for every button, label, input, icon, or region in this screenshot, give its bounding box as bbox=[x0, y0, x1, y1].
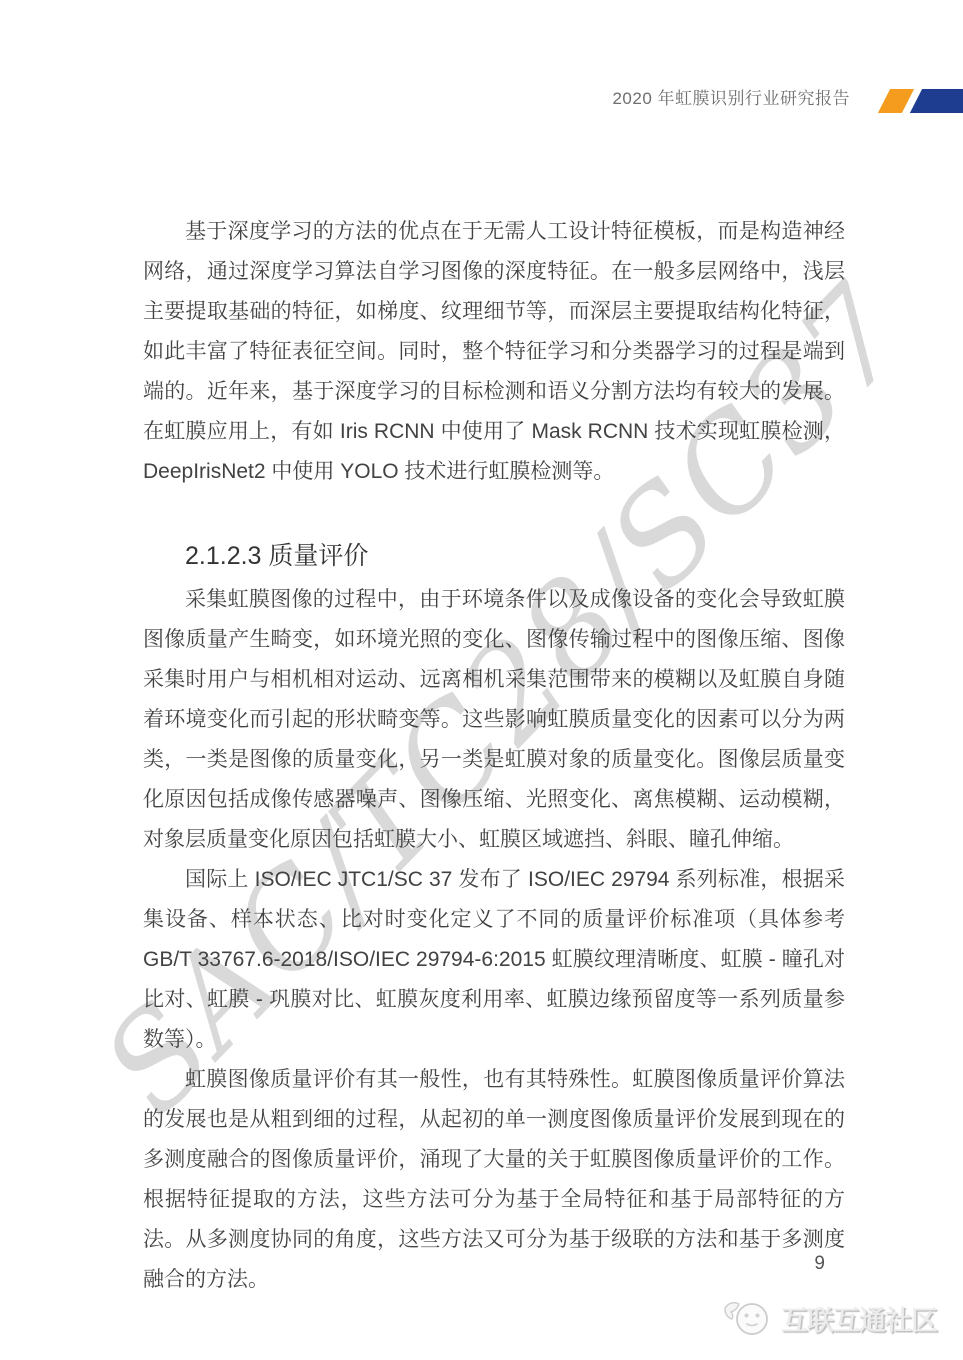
smiley-face-icon bbox=[721, 1294, 773, 1343]
section-heading-quality-evaluation: 2.1.2.3 质量评价 bbox=[143, 536, 845, 576]
document-body: 基于深度学习的方法的优点在于无需人工设计特征模板，而是构造神经网络，通过深度学习… bbox=[143, 212, 845, 1300]
report-title-header: 2020 年虹膜识别行业研究报告 bbox=[612, 84, 850, 109]
paragraph-iso-standards: 国际上 ISO/IEC JTC1/SC 37 发布了 ISO/IEC 29794… bbox=[143, 860, 845, 1060]
logo-blue-shape bbox=[910, 89, 963, 113]
corner-flag-logo bbox=[868, 89, 963, 113]
logo-orange-shape bbox=[878, 89, 914, 113]
document-page: { "page": { "header": { "title": "2020 年… bbox=[0, 0, 963, 1360]
paragraph-quality-algorithms: 虹膜图像质量评价有其一般性，也有其特殊性。虹膜图像质量评价算法的发展也是从粗到细… bbox=[143, 1060, 845, 1300]
brand-text: 互联互通社区 bbox=[781, 1299, 937, 1338]
paragraph-quality-distortion: 采集虹膜图像的过程中，由于环境条件以及成像设备的变化会导致虹膜图像质量产生畸变，… bbox=[143, 580, 845, 860]
page-number: 9 bbox=[814, 1253, 825, 1275]
paragraph-deep-learning: 基于深度学习的方法的优点在于无需人工设计特征模板，而是构造神经网络，通过深度学习… bbox=[143, 212, 845, 492]
community-brand-mark: 互联互通社区 bbox=[721, 1294, 937, 1343]
